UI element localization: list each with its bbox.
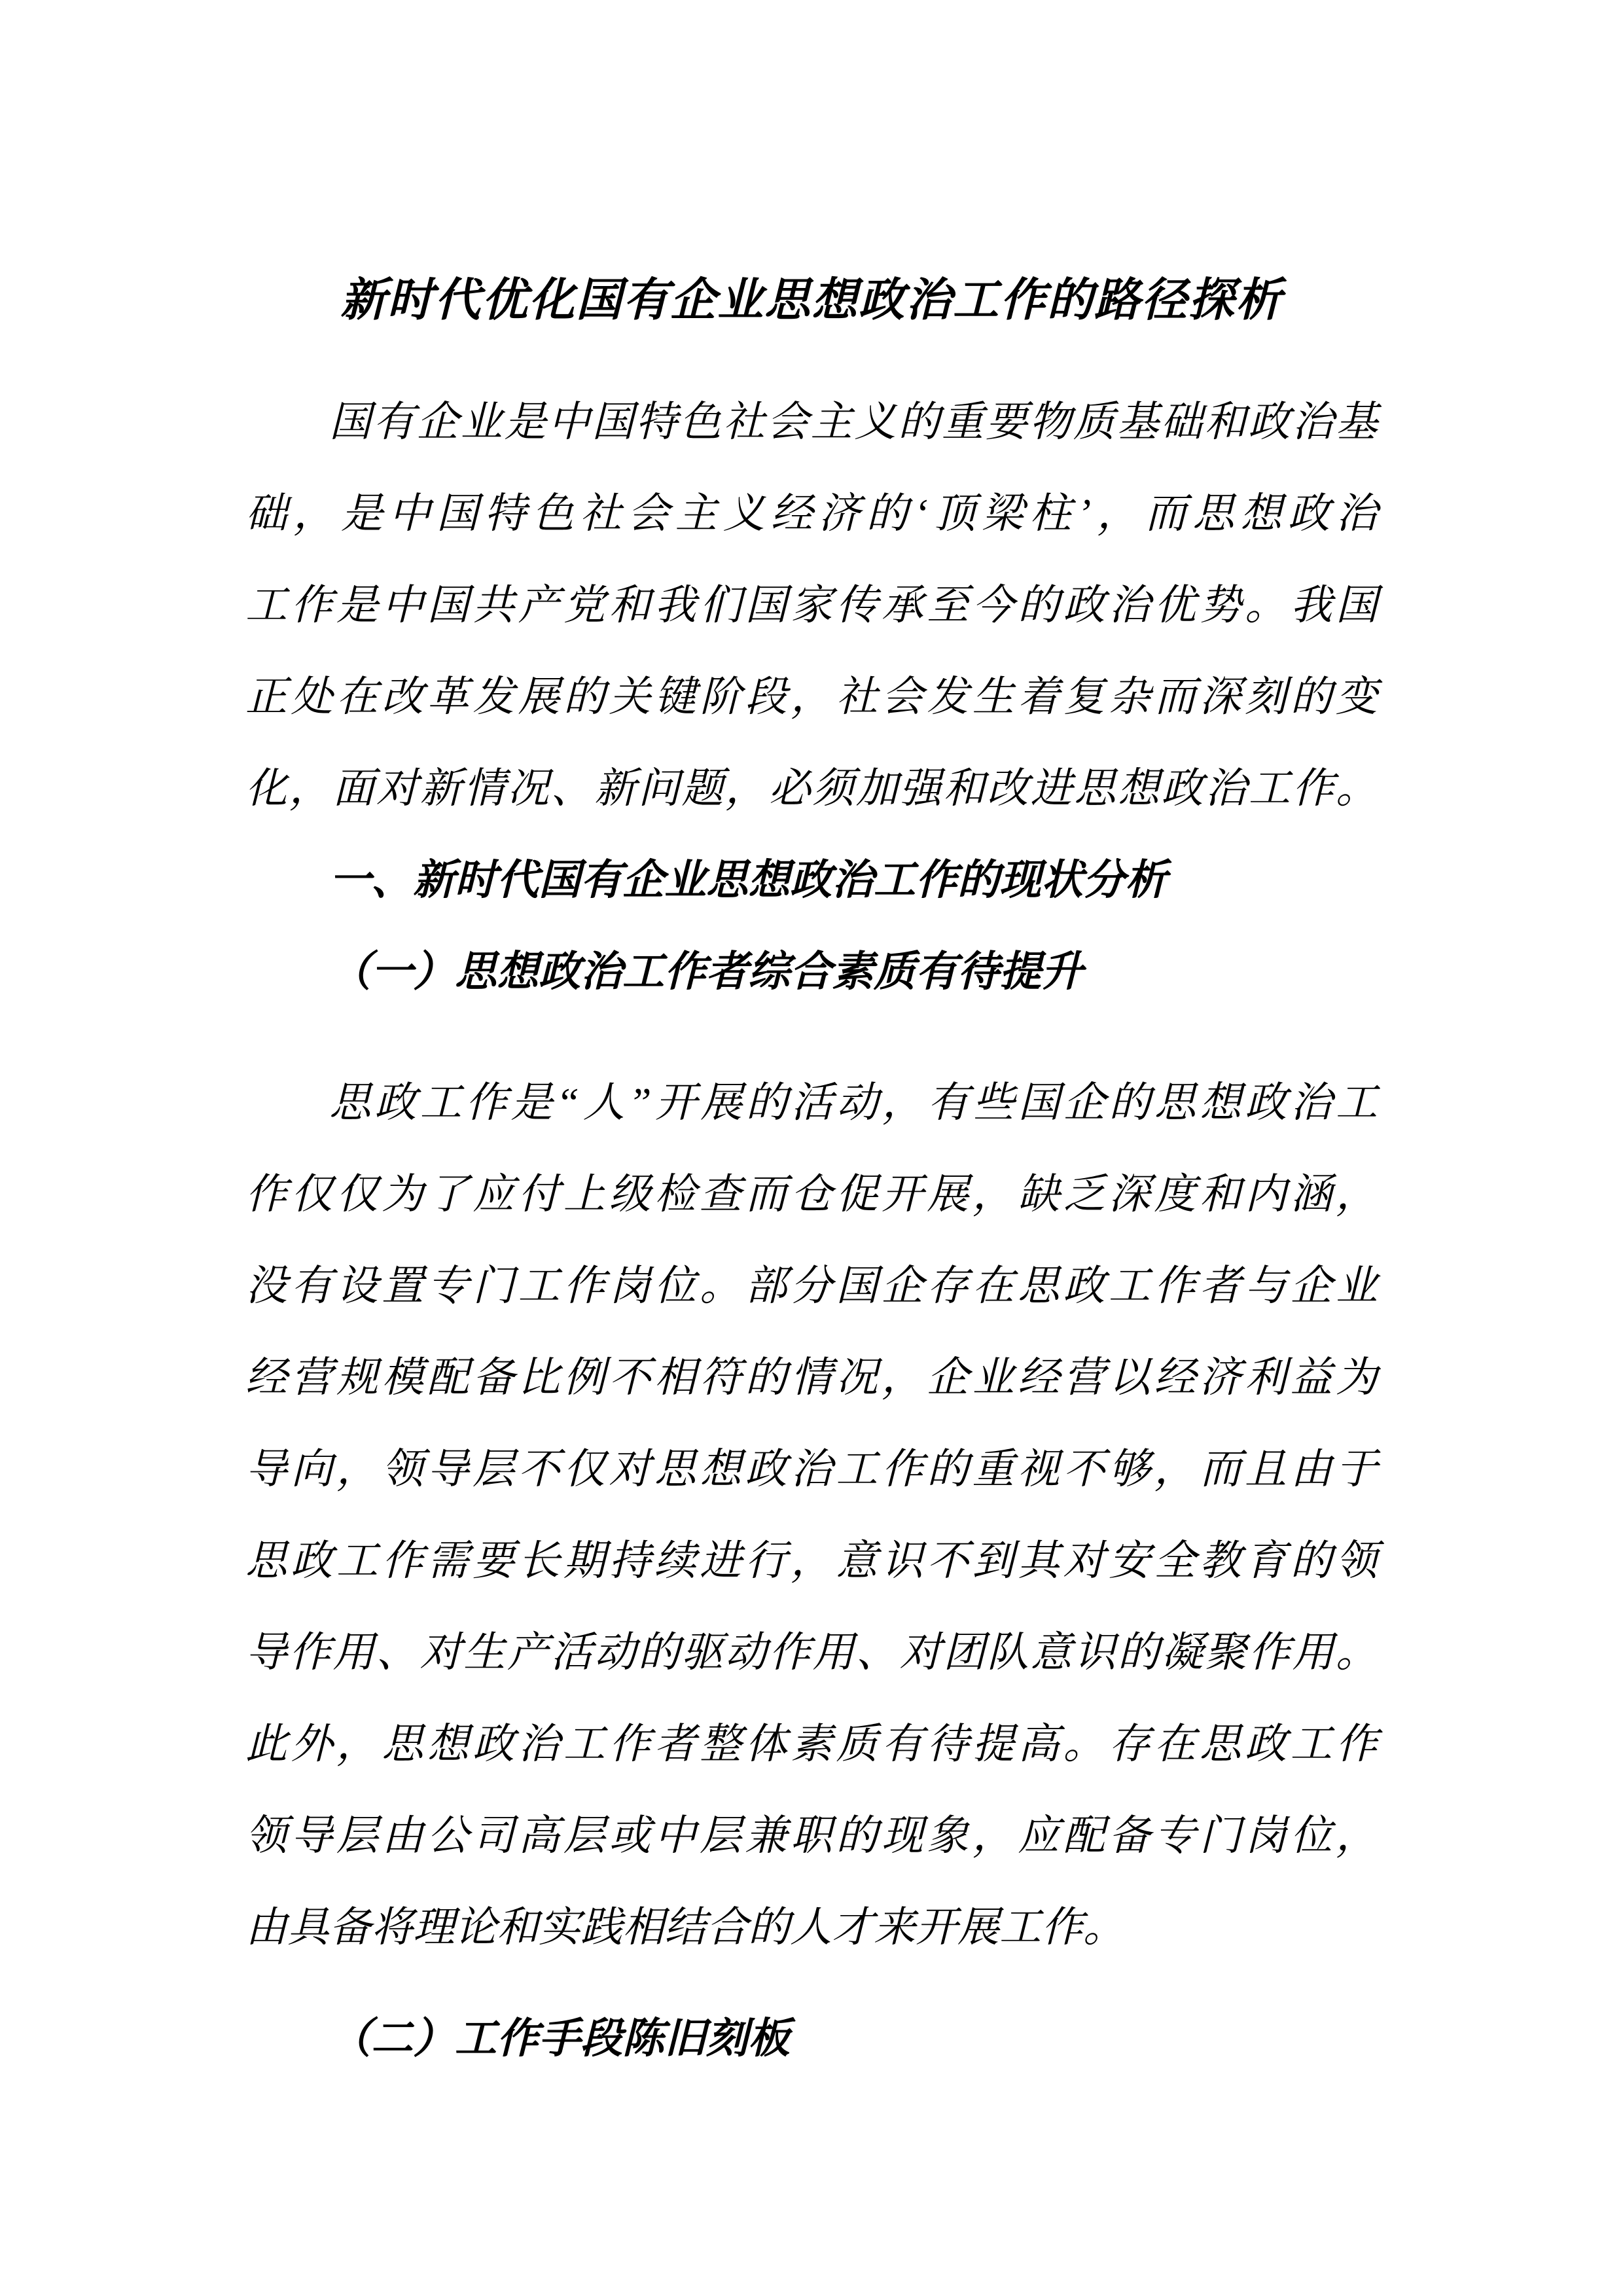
text-line: 化，面对新情况、新问题，必须加强和改进思想政治工作。 bbox=[245, 743, 1378, 834]
text-line: 导向，领导层不仅对思想政治工作的重视不够，而且由于 bbox=[245, 1424, 1378, 1515]
text-line: 础，是中国特色社会主义经济的‘顶梁柱’，而思想政治 bbox=[245, 468, 1378, 560]
paragraph-2: 思政工作是“人”开展的活动，有些国企的思想政治工 作仅仅为了应付上级检查而仓促开… bbox=[245, 1057, 1378, 1973]
text-line: 正处在改革发展的关键阶段，社会发生着复杂而深刻的变 bbox=[245, 651, 1378, 743]
text-line: 此外，思想政治工作者整体素质有待提高。存在思政工作 bbox=[245, 1698, 1378, 1790]
text-line: 经营规模配备比例不相符的情况，企业经营以经济利益为 bbox=[245, 1332, 1378, 1424]
text-line: 思政工作是“人”开展的活动，有些国企的思想政治工 bbox=[245, 1057, 1378, 1149]
text-line: 作仅仅为了应付上级检查而仓促开展，缺乏深度和内涵， bbox=[245, 1149, 1378, 1240]
text-line: 由具备将理论和实践相结合的人才来开展工作。 bbox=[245, 1882, 1378, 1973]
text-line: 国有企业是中国特色社会主义的重要物质基础和政治基 bbox=[245, 376, 1378, 468]
doc-title: 新时代优化国有企业思想政治工作的路径探析 bbox=[245, 255, 1378, 347]
section-heading-1: 一、新时代国有企业思想政治工作的现状分析 bbox=[245, 834, 1378, 926]
text-line: 没有设置专门工作岗位。部分国企存在思政工作者与企业 bbox=[245, 1240, 1378, 1332]
text-line: 思政工作需要长期持续进行，意识不到其对安全教育的领 bbox=[245, 1515, 1378, 1607]
subsection-heading-1: （一）思想政治工作者综合素质有待提升 bbox=[245, 926, 1378, 1018]
text-line: 工作是中国共产党和我们国家传承至今的政治优势。我国 bbox=[245, 560, 1378, 651]
subsection-heading-2: （二）工作手段陈旧刻板 bbox=[245, 1993, 1378, 2085]
document-page: 新时代优化国有企业思想政治工作的路径探析 国有企业是中国特色社会主义的重要物质基… bbox=[0, 0, 1623, 2296]
text-line: 导作用、对生产活动的驱动作用、对团队意识的凝聚作用。 bbox=[245, 1607, 1378, 1698]
paragraph-1: 国有企业是中国特色社会主义的重要物质基础和政治基 础，是中国特色社会主义经济的‘… bbox=[245, 376, 1378, 834]
text-line: 领导层由公司高层或中层兼职的现象，应配备专门岗位， bbox=[245, 1790, 1378, 1882]
